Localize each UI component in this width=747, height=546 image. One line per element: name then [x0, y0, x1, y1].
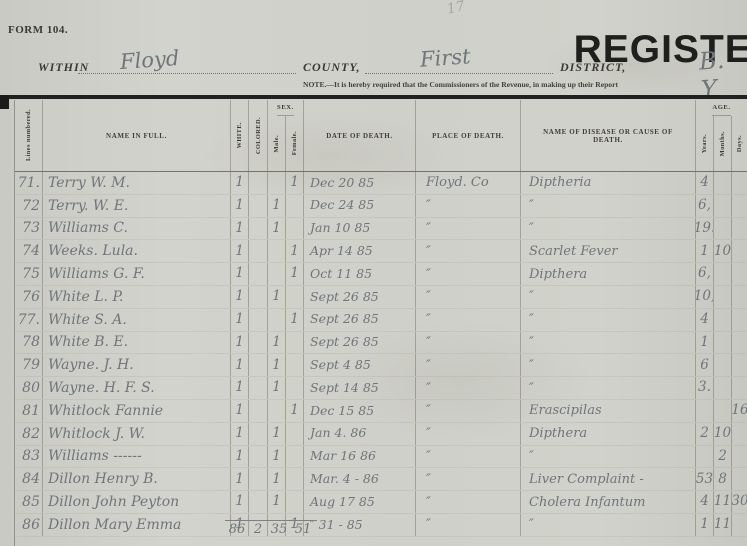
cell-male: 1 [268, 195, 286, 217]
header-colored: COLORED. [249, 100, 268, 171]
table-row: 79 Wayne. J. H. 1 1 Sept 4 85 ″ ″ 6 [15, 354, 747, 377]
cell-months [714, 195, 732, 217]
cell-female: 1 [286, 400, 304, 422]
cell-male: 1 [268, 491, 286, 513]
cell-white: 1 [231, 400, 249, 422]
cell-years: 6, [696, 195, 714, 217]
cell-place: ″ [416, 309, 521, 331]
cell-cause: ″ [521, 309, 696, 331]
cell-no: 72 [15, 195, 43, 217]
cell-colored [249, 172, 268, 194]
cell-date: Mar. 4 - 86 [304, 468, 416, 490]
register-document-page: FORM 104. REGISTER 17 WITHIN Floyd COUNT… [0, 0, 747, 546]
cell-colored [249, 195, 268, 217]
table-row: 86 Dillon Mary Emma 1 1 ″ 31 - 85 ″ ″ 1 … [15, 514, 747, 537]
total-count: 86 [225, 522, 249, 537]
cell-years: 4 [696, 172, 714, 194]
cell-cause: ″ [521, 218, 696, 240]
cell-female: 1 [286, 240, 304, 262]
cell-place: ″ [416, 491, 521, 513]
table-row: 81 Whitlock Fannie 1 1 Dec 15 85 ″ Erasc… [15, 400, 747, 423]
cell-name: Dillon John Peyton [43, 491, 231, 513]
cell-male: 1 [268, 377, 286, 399]
cell-white: 1 [231, 491, 249, 513]
cell-cause: Dipthera [521, 423, 696, 445]
cell-male: 1 [268, 468, 286, 490]
cell-cause: ″ [521, 354, 696, 376]
cell-years: 4 [696, 491, 714, 513]
cell-years: 6, [696, 263, 714, 285]
cell-white: 1 [231, 286, 249, 308]
cell-male: 1 [268, 218, 286, 240]
table-row: 80 Wayne. H. F. S. 1 1 Sept 14 85 ″ ″ 3. [15, 377, 747, 400]
totals-row: 86 2 35 51 [225, 520, 317, 537]
table-row: 74 Weeks. Lula. 1 1 Apr 14 85 ″ Scarlet … [15, 240, 747, 263]
cell-months: 10 [714, 423, 732, 445]
cell-white: 1 [231, 218, 249, 240]
cell-days: 16 [732, 400, 747, 422]
cell-white: 1 [231, 446, 249, 468]
cell-colored [249, 377, 268, 399]
cell-days [732, 309, 747, 331]
header-line-number: Lines numbered. [15, 100, 43, 171]
cell-female [286, 491, 304, 513]
cell-years [696, 400, 714, 422]
table-header-row: Lines numbered. NAME IN FULL. WHITE. COL… [15, 100, 747, 172]
cell-no: 78 [15, 332, 43, 354]
cell-date: Oct 11 85 [304, 263, 416, 285]
cell-date: Jan 4. 86 [304, 423, 416, 445]
cell-white: 1 [231, 423, 249, 445]
table-row: 83 Williams ------ 1 1 Mar 16 86 ″ ″ 2 [15, 446, 747, 469]
header-female: Female. [286, 116, 304, 171]
cell-months [714, 400, 732, 422]
cell-no: 76 [15, 286, 43, 308]
header-cause-of-death: NAME OF DISEASE OR CAUSE OF DEATH. [521, 100, 696, 171]
cell-name: Williams ------ [43, 446, 231, 468]
district-blank-line [365, 73, 553, 74]
cell-female [286, 218, 304, 240]
cell-colored [249, 332, 268, 354]
cell-months: 10 [714, 240, 732, 262]
cell-white: 1 [231, 195, 249, 217]
cell-place: ″ [416, 468, 521, 490]
cell-no: 82 [15, 423, 43, 445]
cell-no: 75 [15, 263, 43, 285]
cell-female [286, 332, 304, 354]
header-male: Male. [268, 116, 286, 171]
cell-name: White B. E. [43, 332, 231, 354]
cell-male [268, 172, 286, 194]
cell-place: ″ [416, 446, 521, 468]
cell-place: ″ [416, 263, 521, 285]
header-sex-group: SEX. Male. Female. [268, 100, 304, 171]
cell-place: ″ [416, 354, 521, 376]
cell-days [732, 172, 747, 194]
binding-mark [0, 95, 9, 109]
cell-cause: Erascipilas [521, 400, 696, 422]
cell-years: 6 [696, 354, 714, 376]
cell-days [732, 240, 747, 262]
header-date-of-death: DATE OF DEATH. [304, 100, 416, 171]
cell-years: 53 [696, 468, 714, 490]
cell-date: Apr 14 85 [304, 240, 416, 262]
cell-male: 1 [268, 332, 286, 354]
table-row: 71. Terry W. M. 1 1 Dec 20 85 Floyd. Co … [15, 172, 747, 195]
total-male: 35 [267, 522, 291, 537]
cell-date: Sept 14 85 [304, 377, 416, 399]
table-row: 73 Williams C. 1 1 Jan 10 85 ″ ″ 19. [15, 218, 747, 241]
cell-female: 1 [286, 172, 304, 194]
cell-white: 1 [231, 468, 249, 490]
death-register-table: Lines numbered. NAME IN FULL. WHITE. COL… [14, 100, 747, 546]
cell-cause: Diptheria [521, 172, 696, 194]
header-years: Years. [696, 116, 714, 171]
cell-months: 11 [714, 514, 732, 536]
cell-female [286, 286, 304, 308]
cell-place: ″ [416, 423, 521, 445]
cell-years [696, 446, 714, 468]
cell-white: 1 [231, 309, 249, 331]
header-age: AGE. [712, 100, 730, 116]
cell-name: Dillon Mary Emma [43, 514, 231, 536]
district-label: DISTRICT, [560, 60, 626, 75]
cell-no: 79 [15, 354, 43, 376]
cell-name: Williams C. [43, 218, 231, 240]
form-number-label: FORM 104. [8, 24, 68, 36]
cell-cause: Scarlet Fever [521, 240, 696, 262]
cell-no: 73 [15, 218, 43, 240]
cell-date: Sept 26 85 [304, 286, 416, 308]
cell-years: 2 [696, 423, 714, 445]
cell-days [732, 218, 747, 240]
cell-male: 1 [268, 446, 286, 468]
cell-days [732, 332, 747, 354]
cell-name: Terry W. M. [43, 172, 231, 194]
cell-date: Mar 16 86 [304, 446, 416, 468]
county-label: COUNTY, [303, 60, 361, 75]
cell-name: Whitlock Fannie [43, 400, 231, 422]
cell-days [732, 468, 747, 490]
cell-male: 1 [268, 354, 286, 376]
cell-cause: ″ [521, 332, 696, 354]
cell-name: Whitlock J. W. [43, 423, 231, 445]
cell-months [714, 354, 732, 376]
cell-place: ″ [416, 195, 521, 217]
cell-white: 1 [231, 377, 249, 399]
table-row: 72 Terry. W. E. 1 1 Dec 24 85 ″ ″ 6, [15, 195, 747, 218]
cell-years: 1 [696, 240, 714, 262]
cell-date: Sept 26 85 [304, 332, 416, 354]
cell-male [268, 309, 286, 331]
cell-place: Floyd. Co [416, 172, 521, 194]
cell-years: 1 [696, 332, 714, 354]
cell-name: White L. P. [43, 286, 231, 308]
cell-no: 74 [15, 240, 43, 262]
cell-months [714, 377, 732, 399]
cell-white: 1 [231, 172, 249, 194]
cell-place: ″ [416, 286, 521, 308]
cell-male [268, 400, 286, 422]
cell-place: ″ [416, 240, 521, 262]
cell-cause: Liver Complaint - [521, 468, 696, 490]
header-days: Days. [732, 116, 747, 171]
cell-name: White S. A. [43, 309, 231, 331]
cell-years: 3. [696, 377, 714, 399]
cell-months [714, 172, 732, 194]
table-row: 76 White L. P. 1 1 Sept 26 85 ″ ″ 10, [15, 286, 747, 309]
cell-no: 85 [15, 491, 43, 513]
cell-colored [249, 423, 268, 445]
header-name-in-full: NAME IN FULL. [43, 100, 231, 171]
cell-colored [249, 263, 268, 285]
cell-colored [249, 446, 268, 468]
cell-cause: ″ [521, 286, 696, 308]
cell-date: Aug 17 85 [304, 491, 416, 513]
cell-cause: Cholera Infantum [521, 491, 696, 513]
cell-female [286, 195, 304, 217]
table-row: 78 White B. E. 1 1 Sept 26 85 ″ ″ 1 [15, 332, 747, 355]
table-row: 77. White S. A. 1 1 Sept 26 85 ″ ″ 4 [15, 309, 747, 332]
cell-cause: ″ [521, 514, 696, 536]
cell-cause: ″ [521, 195, 696, 217]
cell-no: 80 [15, 377, 43, 399]
cell-female [286, 446, 304, 468]
cell-male [268, 240, 286, 262]
cell-colored [249, 286, 268, 308]
cell-date: Sept 26 85 [304, 309, 416, 331]
cell-no: 86 [15, 514, 43, 536]
cell-cause: ″ [521, 446, 696, 468]
cell-days [732, 286, 747, 308]
cell-male: 1 [268, 423, 286, 445]
cell-place: ″ [416, 400, 521, 422]
cell-female [286, 377, 304, 399]
cell-female: 1 [286, 309, 304, 331]
cell-days: 30 [732, 491, 747, 513]
table-row: 75 Williams G. F. 1 1 Oct 11 85 ″ Dipthe… [15, 263, 747, 286]
cell-days [732, 195, 747, 217]
table-row: 84 Dillon Henry B. 1 1 Mar. 4 - 86 ″ Liv… [15, 468, 747, 491]
cell-colored [249, 240, 268, 262]
cell-colored [249, 354, 268, 376]
cell-place: ″ [416, 218, 521, 240]
cell-no: 84 [15, 468, 43, 490]
cell-white: 1 [231, 332, 249, 354]
cell-colored [249, 309, 268, 331]
cell-months [714, 263, 732, 285]
header-white: WHITE. [231, 100, 249, 171]
note-text: NOTE.—It is hereby required that the Com… [303, 80, 747, 89]
cell-date: Dec 24 85 [304, 195, 416, 217]
cell-months [714, 332, 732, 354]
cell-name: Dillon Henry B. [43, 468, 231, 490]
district-handwritten-value: First [419, 44, 471, 71]
cell-years: 19. [696, 218, 714, 240]
cell-name: Terry. W. E. [43, 195, 231, 217]
cell-female [286, 354, 304, 376]
table-row: 85 Dillon John Peyton 1 1 Aug 17 85 ″ Ch… [15, 491, 747, 514]
cell-place: ″ [416, 332, 521, 354]
cell-months [714, 286, 732, 308]
cell-female [286, 423, 304, 445]
cell-colored [249, 400, 268, 422]
total-colored: 2 [249, 522, 267, 537]
cell-date: Dec 20 85 [304, 172, 416, 194]
table-row: 82 Whitlock J. W. 1 1 Jan 4. 86 ″ Dipthe… [15, 423, 747, 446]
cell-date: Sept 4 85 [304, 354, 416, 376]
county-blank-line [78, 73, 296, 74]
header-sex: SEX. [277, 100, 294, 116]
cell-cause: Dipthera [521, 263, 696, 285]
cell-years: 10, [696, 286, 714, 308]
cell-months: 2 [714, 446, 732, 468]
cell-place: ″ [416, 514, 521, 536]
cell-years: 1 [696, 514, 714, 536]
cell-days [732, 354, 747, 376]
cell-female: 1 [286, 263, 304, 285]
cell-months: 8 [714, 468, 732, 490]
cell-white: 1 [231, 354, 249, 376]
cell-months: 11 [714, 491, 732, 513]
cell-place: ″ [416, 377, 521, 399]
cell-cause: ″ [521, 377, 696, 399]
cell-days [732, 263, 747, 285]
cell-female [286, 468, 304, 490]
cell-months [714, 309, 732, 331]
cell-days [732, 446, 747, 468]
cell-days [732, 377, 747, 399]
cell-date: ″ 31 - 85 [304, 514, 416, 536]
county-handwritten-value: Floyd [119, 46, 180, 74]
cell-white: 1 [231, 240, 249, 262]
header-months: Months. [714, 116, 732, 171]
cell-no: 83 [15, 446, 43, 468]
cell-days [732, 423, 747, 445]
cell-male: 1 [268, 286, 286, 308]
cell-colored [249, 491, 268, 513]
cell-date: Dec 15 85 [304, 400, 416, 422]
cell-name: Wayne. J. H. [43, 354, 231, 376]
top-rule [0, 95, 747, 99]
header-place-of-death: PLACE OF DEATH. [416, 100, 521, 171]
cell-male [268, 263, 286, 285]
cell-name: Weeks. Lula. [43, 240, 231, 262]
cell-no: 77. [15, 309, 43, 331]
table-body: 71. Terry W. M. 1 1 Dec 20 85 Floyd. Co … [15, 172, 747, 537]
cell-white: 1 [231, 263, 249, 285]
cell-months [714, 218, 732, 240]
cell-colored [249, 218, 268, 240]
cell-name: Wayne. H. F. S. [43, 377, 231, 399]
cell-no: 71. [15, 172, 43, 194]
total-female: 51 [291, 522, 315, 537]
pencil-annotation: 17 [446, 0, 467, 18]
header-age-group: AGE. Years. Months. Days. [696, 100, 747, 171]
cell-no: 81 [15, 400, 43, 422]
cell-date: Jan 10 85 [304, 218, 416, 240]
cell-days [732, 514, 747, 536]
cell-colored [249, 468, 268, 490]
cell-years: 4 [696, 309, 714, 331]
cell-name: Williams G. F. [43, 263, 231, 285]
